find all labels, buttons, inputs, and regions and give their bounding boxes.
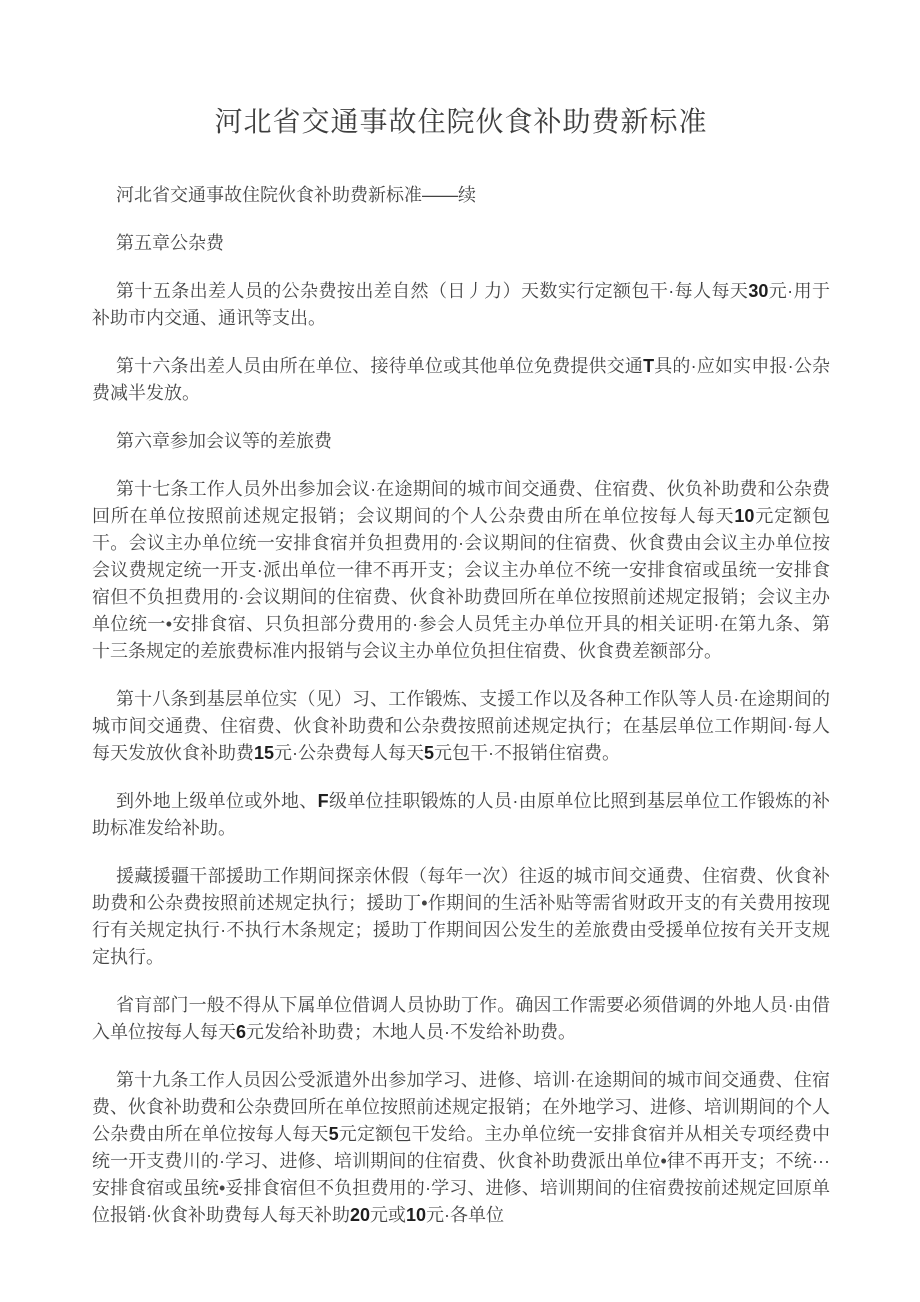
paragraph-temporary-post: 到外地上级单位或外地、F级单位挂职锻炼的人员·由原单位比照到基层单位工作锻炼的补… <box>92 788 830 842</box>
article-18-text: 第十八条到基层单位实（见）习、工作锻炼、支援工作以及各种工作队等人员·在途期间的… <box>92 686 830 767</box>
subtitle-continued: 河北省交通事故住院伙食补助费新标准——续 <box>92 182 830 209</box>
article-16-text: 第十六条出差人员由所在单位、接待单位或其他单位免费提供交通T具的·应如实申报·公… <box>92 353 830 407</box>
paragraph-borrowed-staff: 省肓部门一般不得从下属单位借调人员协助丁作。确因工作需要必须借调的外地人员·由借… <box>92 992 830 1046</box>
article-15-text: 第十五条出差人员的公杂费按出差自然（日丿力）天数实行定额包干·每人每天30元·用… <box>92 278 830 332</box>
chapter-6-heading: 第六章参加会议等的差旅费 <box>92 428 830 455</box>
paragraph-aid-tibet-xinjiang: 援藏援疆干部援助工作期间探亲休假（每年一次）往返的城市间交通费、住宿费、伙食补助… <box>92 863 830 971</box>
article-17-text: 第十七条工作人员外出参加会议·在途期间的城市间交通费、住宿费、伙负补助费和公杂费… <box>92 476 830 665</box>
page-title: 河北省交通事故住院伙食补助费新标准 <box>92 102 830 142</box>
document-page: 河北省交通事故住院伙食补助费新标准 河北省交通事故住院伙食补助费新标准——续 第… <box>0 0 920 1302</box>
chapter-5-heading: 第五章公杂费 <box>92 230 830 257</box>
article-19-text: 第十九条工作人员因公受派遣外出参加学习、进修、培训·在途期间的城市间交通费、住宿… <box>92 1067 830 1229</box>
